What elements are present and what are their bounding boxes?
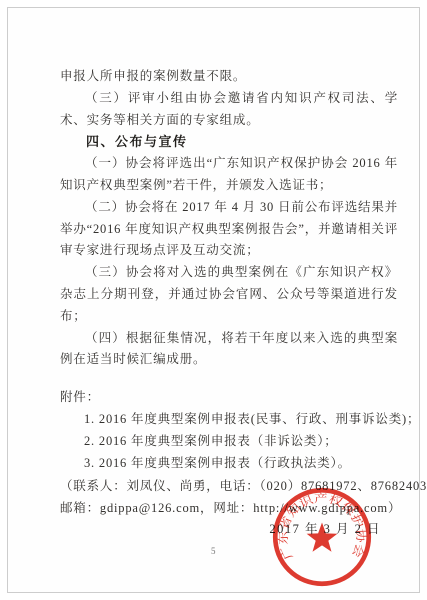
- document-page: 申报人所申报的案例数量不限。 （三）评审小组由协会邀请省内知识产权司法、学术、实…: [7, 7, 420, 593]
- star-icon: [307, 523, 338, 552]
- paragraph-item-3b: （三）协会将对入选的典型案例在《广东知识产权》杂志上分期刊登，并通过协会官网、公…: [60, 262, 398, 327]
- paragraph-continuation: 申报人所申报的案例数量不限。: [60, 66, 398, 88]
- attachments-label: 附件：: [60, 387, 398, 409]
- attachment-item: 3. 2016 年度典型案例申报表（行政执法类）。: [60, 453, 398, 475]
- body-text: 申报人所申报的案例数量不限。 （三）评审小组由协会邀请省内知识产权司法、学术、实…: [60, 66, 398, 520]
- paragraph-item-1: （一）协会将评选出“广东知识产权保护协会 2016 年知识产权典型案例”若干件，…: [60, 153, 398, 197]
- official-seal: 广东省知识产权保护协会: [271, 486, 373, 588]
- section-heading: 四、公布与宣传: [60, 131, 398, 153]
- paragraph-item-2: （二）协会将在 2017 年 4 月 30 日前公布评选结果并举办“2016 年…: [60, 197, 398, 262]
- attachments-block: 附件： 1. 2016 年度典型案例申报表(民事、行政、刑事诉讼类)； 2. 2…: [60, 387, 398, 474]
- attachment-item: 1. 2016 年度典型案例申报表(民事、行政、刑事诉讼类)；: [60, 409, 398, 431]
- attachment-item: 2. 2016 年度典型案例申报表（非诉讼类）；: [60, 431, 398, 453]
- paragraph-item-4: （四）根据征集情况，将若干年度以来入选的典型案例在适当时候汇编成册。: [60, 328, 398, 372]
- paragraph-item-3: （三）评审小组由协会邀请省内知识产权司法、学术、实务等相关方面的专家组成。: [60, 88, 398, 132]
